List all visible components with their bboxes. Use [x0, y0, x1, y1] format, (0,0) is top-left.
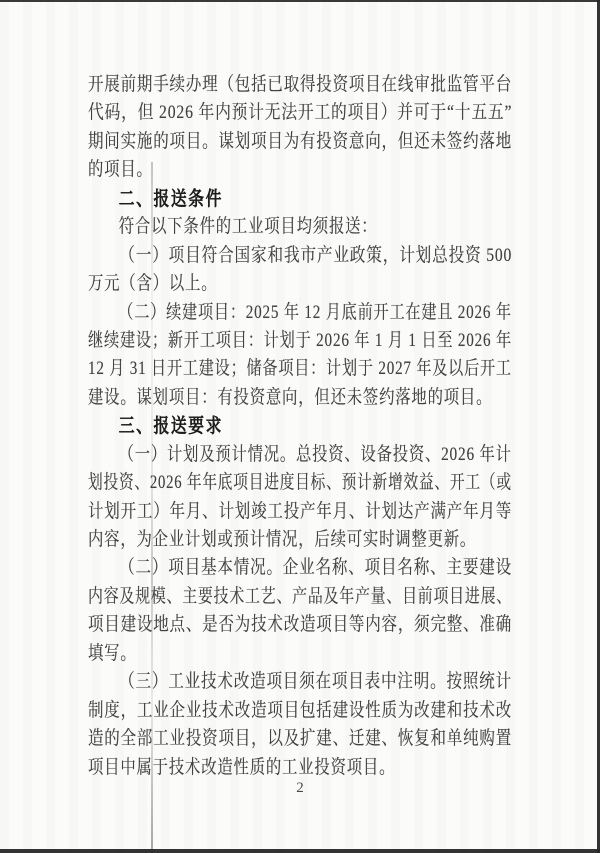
text-line: 开展前期手续办理（包括已取得投资项目在线审批监管平台 — [88, 71, 434, 99]
text-line: 内容，为企业计划或预计情况，后续可实时调整更新。 — [88, 526, 431, 554]
document-lines: 开展前期手续办理（包括已取得投资项目在线审批监管平台代码，但 2026 年内预计… — [88, 71, 512, 782]
text-line: 建设。谋划项目：有投资意向，但还未签约落地的项目。 — [88, 384, 431, 412]
text-line: 划投资、2026 年年底项目进度目标、预计新增效益、开工（或 — [88, 469, 416, 497]
text-line: 造的全部工业投资项目，以及扩建、迁建、恢复和单纯购置 — [88, 725, 434, 753]
text-line: 内容及规模、主要技术工艺、产品及年产量、目前项目进展、 — [88, 583, 421, 611]
section-heading: 二、报送条件 — [88, 185, 431, 213]
text-line: 项目中属于技术改造性质的工业投资项目。 — [88, 754, 431, 782]
text-line: 期间实施的项目。谋划项目为有投资意向，但还未签约落地 — [88, 128, 434, 156]
scan-edge-bottom — [0, 849, 600, 853]
text-line: 填写。 — [88, 640, 431, 668]
text-line: 继续建设；新开工项目：计划于 2026 年 1 月 1 日至 2026 年 — [88, 327, 427, 355]
text-line: （一）项目符合国家和我市产业政策，计划总投资 500 — [88, 242, 437, 270]
scan-edge-top — [0, 0, 600, 2]
text-line: 符合以下条件的工业项目均须报送： — [88, 213, 431, 241]
text-line: 计划开工）年月、计划竣工投产年月、计划达产满产年月等 — [88, 498, 434, 526]
text-line: （三）工业技术改造项目须在项目表中注明。按照统计 — [88, 668, 435, 696]
text-line: 代码，但 2026 年内预计无法开工的项目）并可于“十五五” — [88, 99, 439, 127]
text-line: 制度，工业企业技术改造项目包括建设性质为改建和技术改 — [88, 697, 434, 725]
section-heading: 三、报送要求 — [88, 412, 431, 440]
text-line: 项目建设地点、是否为技术改造项目等内容，须完整、准确 — [88, 611, 434, 639]
text-line: 的项目。 — [88, 156, 431, 184]
page-number: 2 — [88, 780, 512, 797]
text-line: （二）续建项目：2025 年 12 月底前开工在建且 2026 年 — [88, 299, 426, 327]
text-line: 12 月 31 日开工建设；储备项目：计划于 2027 年及以后开工 — [88, 355, 425, 383]
text-line: （二）项目基本情况。企业名称、项目名称、主要建设 — [88, 554, 435, 582]
text-line: 万元（含）以上。 — [88, 270, 431, 298]
text-line: （一）计划及预计情况。总投资、设备投资、2026 年计 — [88, 441, 430, 469]
scanned-document-page: 开展前期手续办理（包括已取得投资项目在线审批监管平台代码，但 2026 年内预计… — [0, 0, 600, 853]
